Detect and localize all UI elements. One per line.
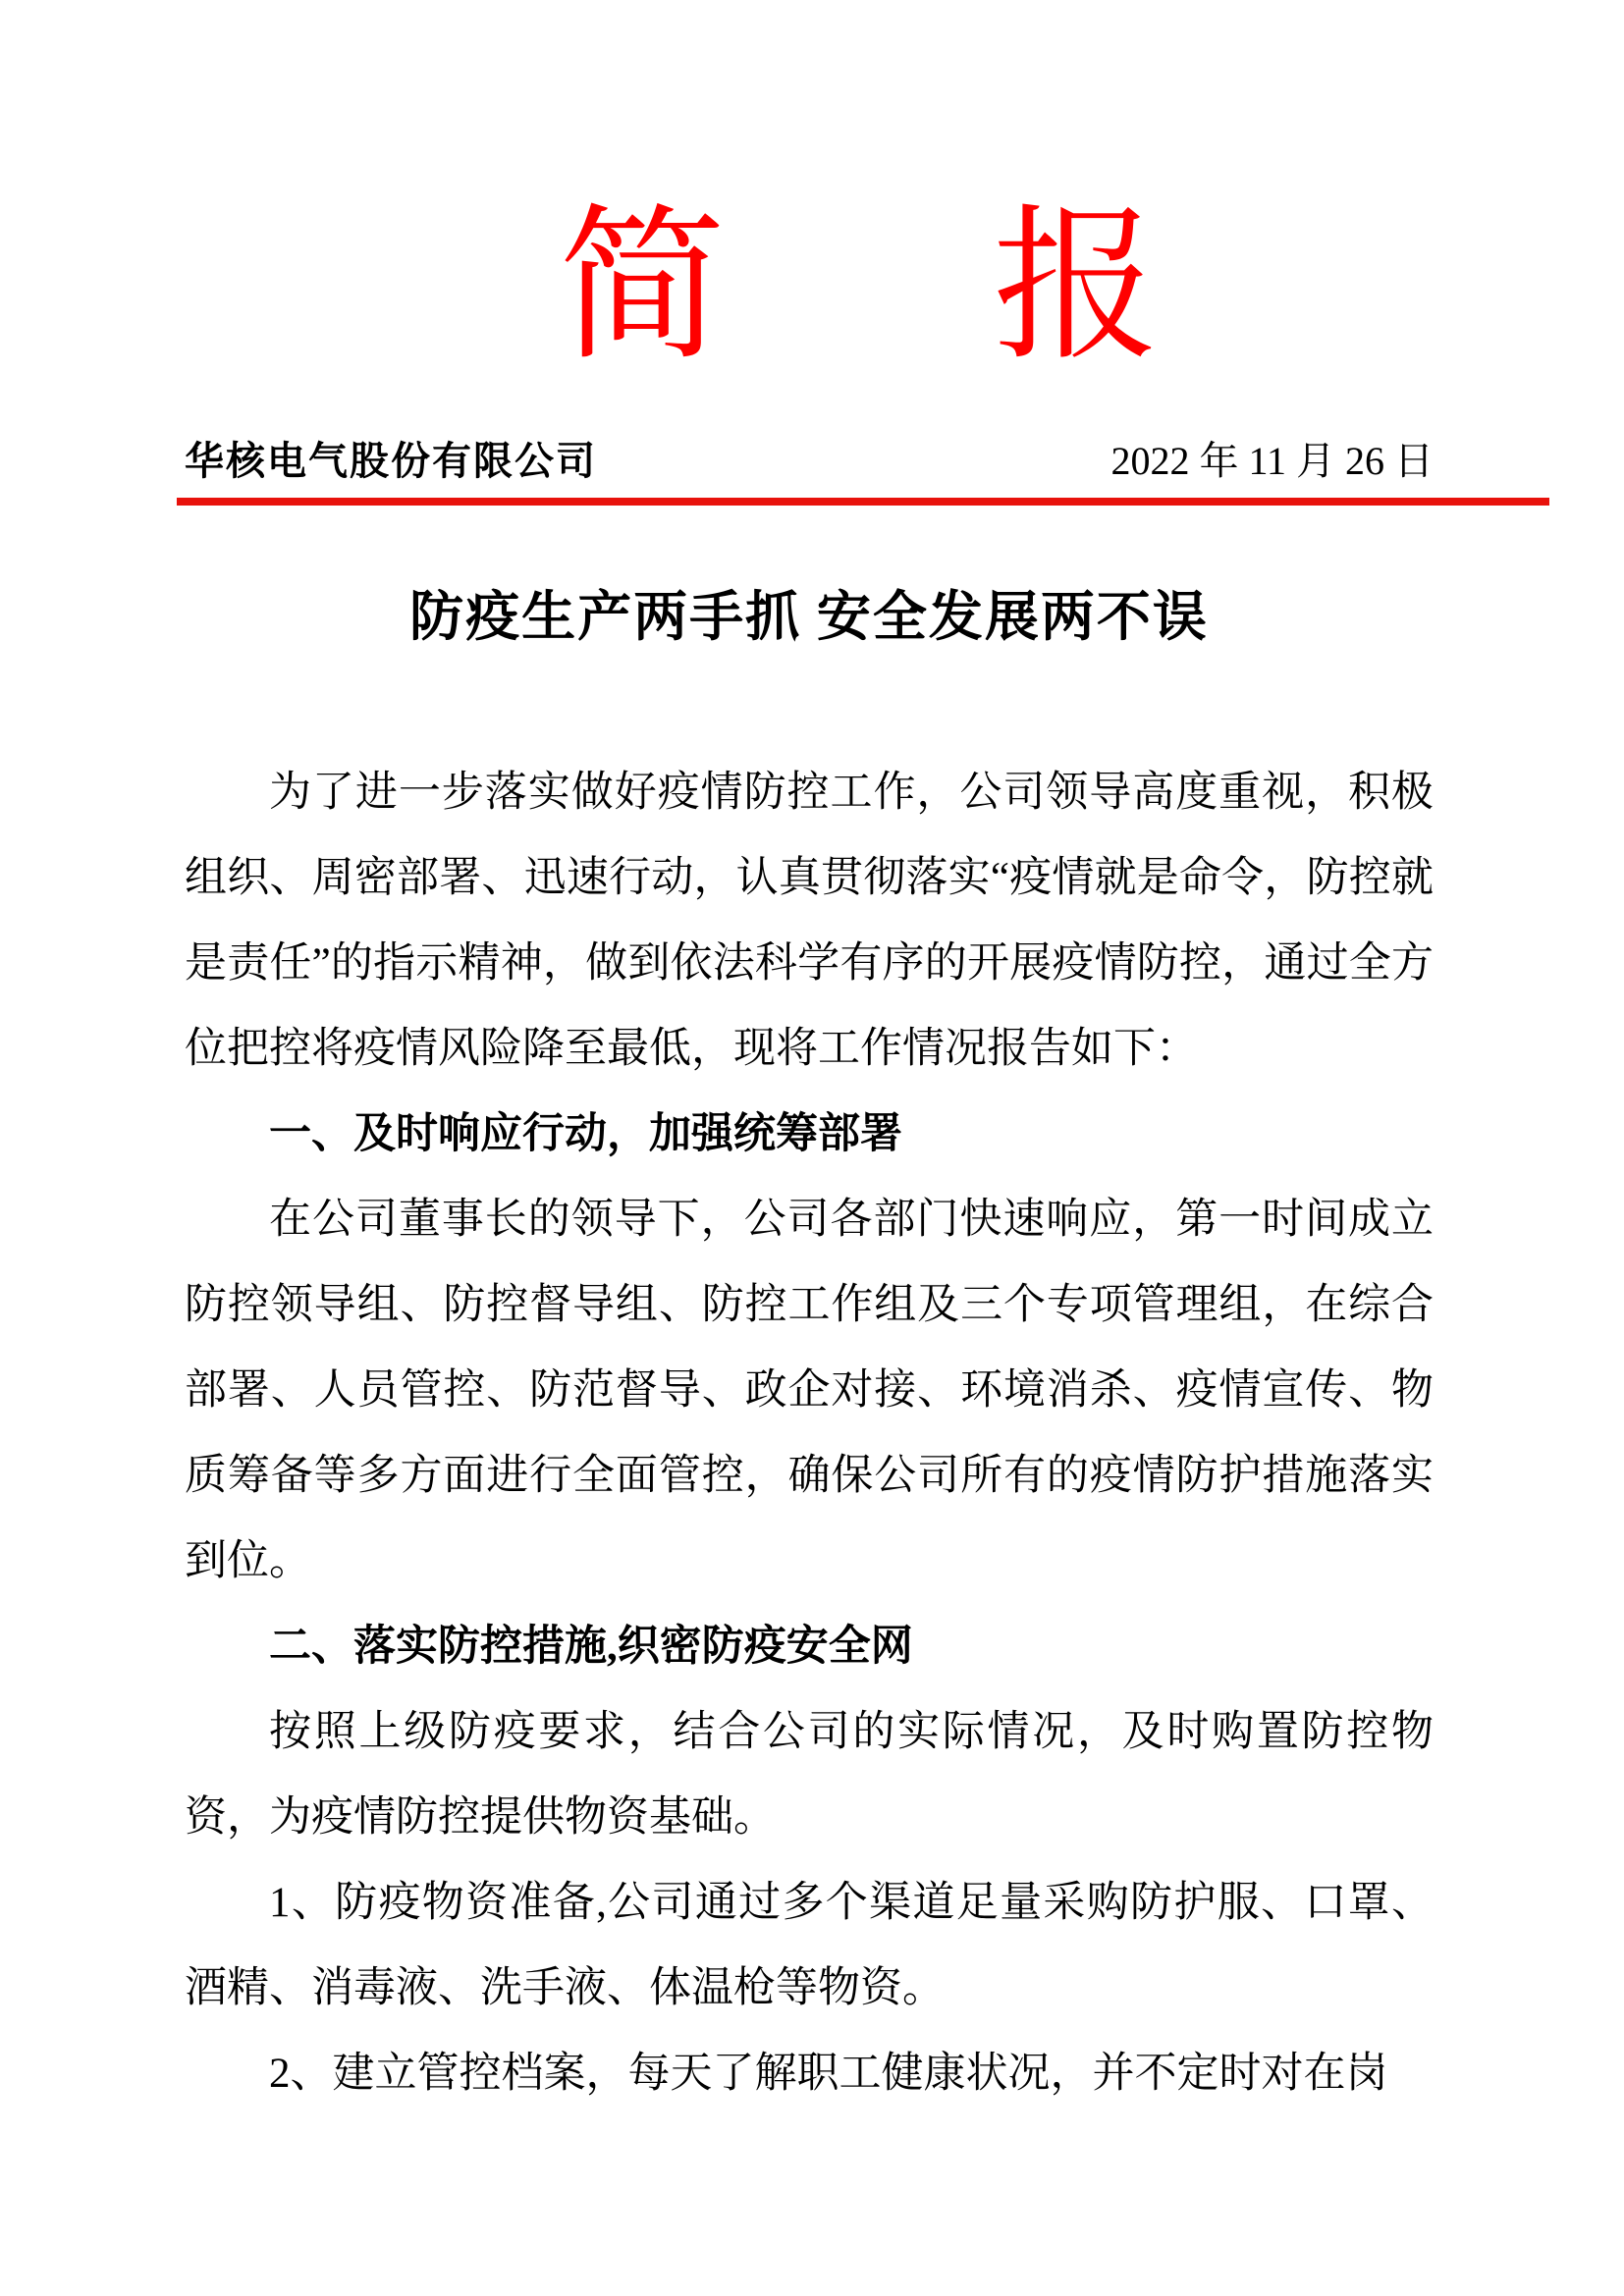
article-headline: 防疫生产两手抓 安全发展两不误 xyxy=(185,585,1434,650)
masthead-title: 简 报 xyxy=(47,204,1624,371)
section-heading-2: 二、落实防控措施,织密防疫安全网 xyxy=(185,1604,1434,1689)
paragraph-section-2: 按照上级防疫要求，结合公司的实际情况，及时购置防控物资，为疫情防控提供物资基础。 xyxy=(185,1689,1434,1860)
issue-date: 2022 年 11 月 26 日 xyxy=(1110,430,1434,486)
section-heading-1: 一、及时响应行动，加强统筹部署 xyxy=(185,1092,1434,1177)
red-divider-rule xyxy=(177,498,1549,506)
paragraph-intro: 为了进一步落实做好疫情防控工作，公司领导高度重视，积极组织、周密部署、迅速行动，… xyxy=(185,750,1434,1092)
paragraph-section-1: 在公司董事长的领导下，公司各部门快速响应，第一时间成立防控领导组、防控督导组、防… xyxy=(185,1177,1434,1604)
document-page: 简 报 华核电气股份有限公司 2022 年 11 月 26 日 防疫生产两手抓 … xyxy=(0,0,1624,2296)
org-name: 华核电气股份有限公司 xyxy=(185,430,597,486)
paragraph-item-2: 2、建立管控档案，每天了解职工健康状况，并不定时对在岗 xyxy=(185,2031,1434,2116)
masthead-title-char-1: 简 xyxy=(559,204,726,371)
paragraph-item-1: 1、防疫物资准备,公司通过多个渠道足量采购防护服、口罩、酒精、消毒液、洗手液、体… xyxy=(185,1860,1434,2031)
masthead-title-char-2: 报 xyxy=(993,204,1160,371)
article-body: 为了进一步落实做好疫情防控工作，公司领导高度重视，积极组织、周密部署、迅速行动，… xyxy=(185,750,1434,2116)
